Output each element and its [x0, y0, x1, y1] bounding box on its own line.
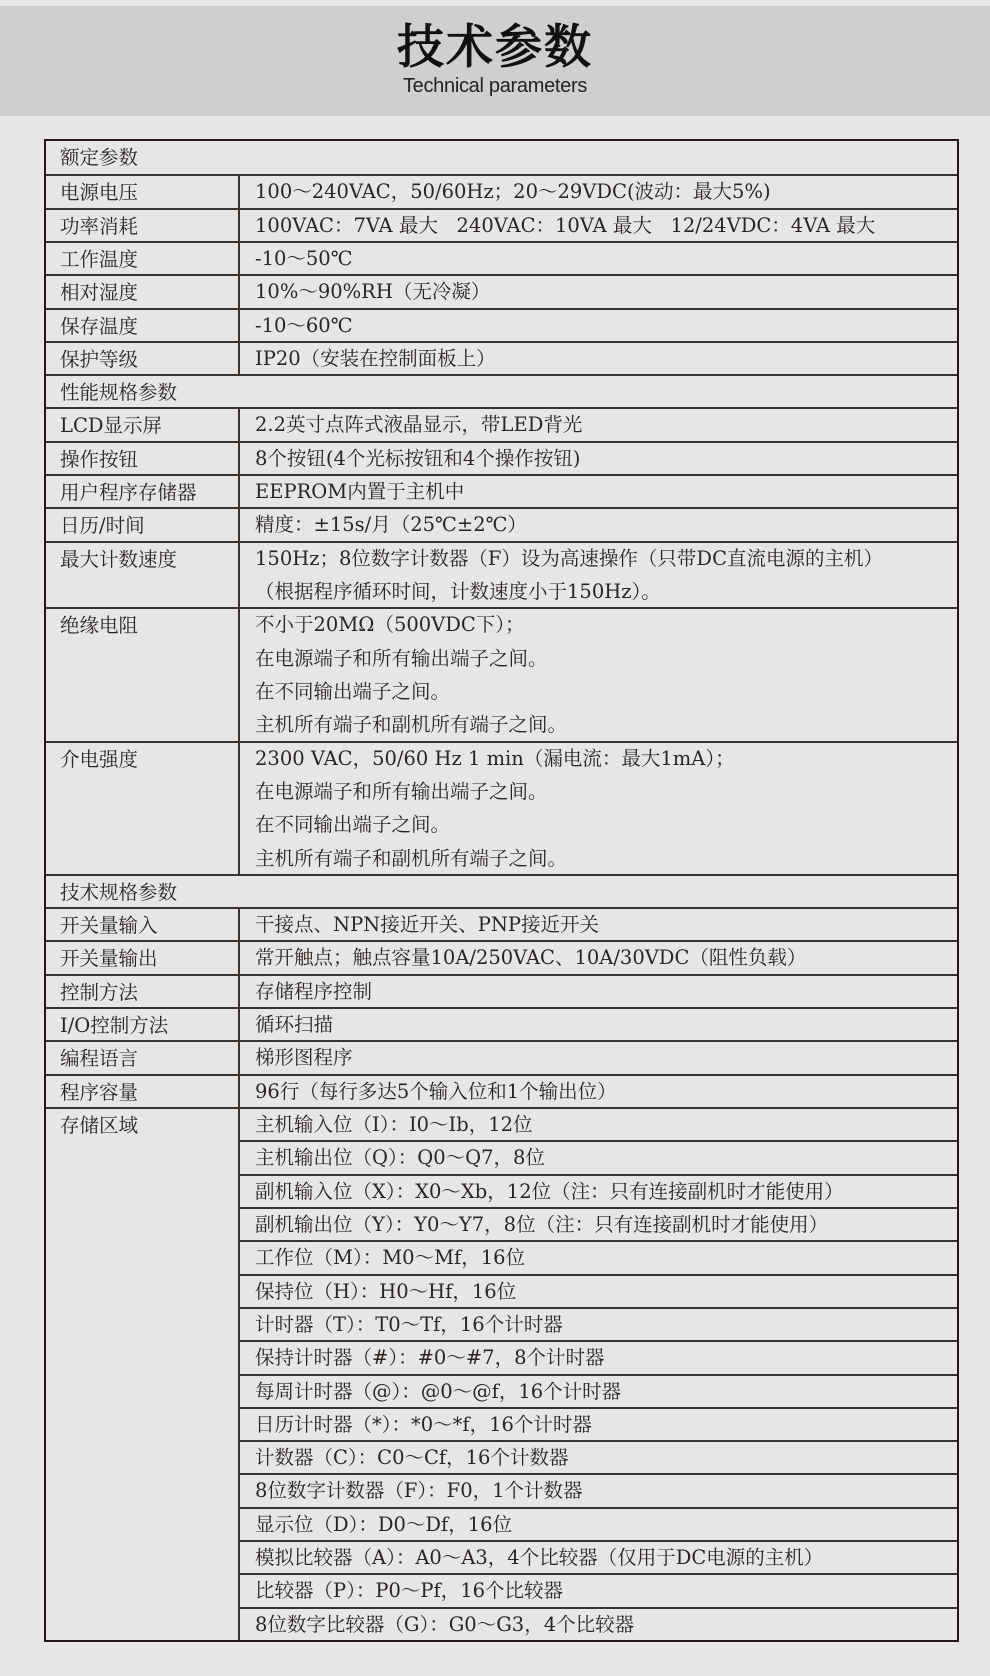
column-divider — [238, 1074, 240, 1107]
row-value: 96行（每行多达5个输入位和1个输出位） — [255, 1075, 617, 1108]
column-divider — [238, 907, 240, 940]
section-title: 额定参数 — [60, 141, 138, 174]
row-label: I/O控制方法 — [60, 1009, 168, 1042]
row-value: 常开触点；触点容量10A/250VAC、10A/30VDC（阻性负载） — [255, 941, 806, 974]
row-value: 每周计时器（@）：@0～@f，16个计时器 — [255, 1375, 621, 1408]
table-row: 介电强度2300 VAC，50/60 Hz 1 min（漏电流：最大1mA）；在… — [46, 741, 957, 874]
value-divider — [240, 1174, 957, 1176]
row-value: 副机输入位（X）：X0～Xb，12位（注：只有连接副机时才能使用） — [255, 1175, 844, 1208]
row-label: 用户程序存储器 — [60, 476, 197, 509]
section-title: 性能规格参数 — [60, 376, 177, 409]
row-label: 相对湿度 — [60, 276, 138, 309]
column-divider — [238, 174, 240, 207]
row-label: 操作按钮 — [60, 443, 138, 476]
column-divider — [238, 541, 240, 608]
value-divider — [240, 1407, 957, 1409]
row-value: 主机所有端子和副机所有端子之间。 — [255, 708, 567, 741]
table-row: 开关量输入干接点、NPN接近开关、PNP接近开关 — [46, 907, 957, 940]
value-divider — [240, 1573, 957, 1575]
row-value: 主机输入位（I）：I0～Ib，12位 — [255, 1108, 533, 1141]
row-value: 保持计时器（#）：#0～#7，8个计时器 — [255, 1341, 605, 1374]
row-value: 循环扫描 — [255, 1008, 333, 1041]
section-header: 性能规格参数 — [46, 374, 957, 407]
value-divider — [240, 1473, 957, 1475]
row-value: 10%～90%RH（无冷凝） — [255, 275, 490, 308]
table-row: LCD显示屏2.2英寸点阵式液晶显示，带LED背光 — [46, 407, 957, 440]
row-value: 8位数字比较器（G）：G0～G3，4个比较器 — [255, 1608, 634, 1641]
row-label: 日历/时间 — [60, 509, 145, 542]
table-row: 编程语言梯形图程序 — [46, 1040, 957, 1073]
table-row: 最大计数速度150Hz；8位数字计数器（F）设为高速操作（只带DC直流电源的主机… — [46, 541, 957, 608]
column-divider — [238, 308, 240, 341]
row-value: 模拟比较器（A）：A0～A3，4个比较器（仅用于DC电源的主机） — [255, 1541, 823, 1574]
column-divider — [238, 1107, 240, 1640]
section-header: 技术规格参数 — [46, 874, 957, 907]
row-label: 工作温度 — [60, 243, 138, 276]
row-value: 干接点、NPN接近开关、PNP接近开关 — [255, 908, 599, 941]
row-value: 在不同输出端子之间。 — [255, 675, 450, 708]
row-value: 在不同输出端子之间。 — [255, 808, 450, 841]
column-divider — [238, 1040, 240, 1073]
table-row: 保存温度-10～60℃ — [46, 308, 957, 341]
row-value: 不小于20MΩ（500VDC下）； — [255, 608, 525, 641]
row-value: 比较器（P）：P0～Pf，16个比较器 — [255, 1574, 563, 1607]
row-value: 存储程序控制 — [255, 975, 372, 1008]
column-divider — [238, 607, 240, 740]
table-row: 控制方法存储程序控制 — [46, 974, 957, 1007]
column-divider — [238, 407, 240, 440]
row-label: 保存温度 — [60, 310, 138, 343]
table-row: 功率消耗100VAC：7VA 最大 240VAC：10VA 最大 12/24VD… — [46, 208, 957, 241]
row-label: 控制方法 — [60, 976, 138, 1009]
value-divider — [240, 1274, 957, 1276]
row-value: 副机输出位（Y）：Y0～Y7，8位（注：只有连接副机时才能使用） — [255, 1208, 828, 1241]
row-value: 在电源端子和所有输出端子之间。 — [255, 642, 548, 675]
row-value: 150Hz；8位数字计数器（F）设为高速操作（只带DC直流电源的主机） — [255, 542, 883, 575]
table-row: 日历/时间精度：±15s/月（25℃±2℃） — [46, 507, 957, 540]
value-divider — [240, 1607, 957, 1609]
row-value: 2.2英寸点阵式液晶显示，带LED背光 — [255, 408, 582, 441]
row-value: 显示位（D）：D0～Df，16位 — [255, 1508, 512, 1541]
column-divider — [238, 441, 240, 474]
column-divider — [238, 940, 240, 973]
row-value: 梯形图程序 — [255, 1041, 353, 1074]
row-value: 保持位（H）：H0～Hf，16位 — [255, 1275, 516, 1308]
row-value: -10～50℃ — [255, 242, 353, 275]
row-label: 程序容量 — [60, 1076, 138, 1109]
row-label: 编程语言 — [60, 1042, 138, 1075]
row-value: 精度：±15s/月（25℃±2℃） — [255, 508, 527, 541]
table-row: 保护等级IP20（安装在控制面板上） — [46, 341, 957, 374]
row-label: 介电强度 — [60, 743, 138, 776]
row-value: 计时器（T）：T0～Tf，16个计时器 — [255, 1308, 563, 1341]
value-divider — [240, 1340, 957, 1342]
row-label: 功率消耗 — [60, 210, 138, 243]
column-divider — [238, 974, 240, 1007]
table-row: 程序容量96行（每行多达5个输入位和1个输出位） — [46, 1074, 957, 1107]
table-row: 电源电压100～240VAC，50/60Hz；20～29VDC(波动：最大5%) — [46, 174, 957, 207]
table-row: 操作按钮8个按钮(4个光标按钮和4个操作按钮) — [46, 441, 957, 474]
value-divider — [240, 1507, 957, 1509]
row-value: 主机输出位（Q）：Q0～Q7，8位 — [255, 1141, 545, 1174]
row-label: 存储区域 — [60, 1109, 138, 1142]
table-row: 相对湿度10%～90%RH（无冷凝） — [46, 274, 957, 307]
column-divider — [238, 741, 240, 874]
column-divider — [238, 507, 240, 540]
table-row: 开关量输出常开触点；触点容量10A/250VAC、10A/30VDC（阻性负载） — [46, 940, 957, 973]
row-label: LCD显示屏 — [60, 409, 162, 442]
row-value: 100VAC：7VA 最大 240VAC：10VA 最大 12/24VDC：4V… — [255, 209, 875, 242]
row-label: 电源电压 — [60, 176, 138, 209]
table-row: 工作温度-10～50℃ — [46, 241, 957, 274]
table-row: 用户程序存储器EEPROM内置于主机中 — [46, 474, 957, 507]
row-value: 2300 VAC，50/60 Hz 1 min（漏电流：最大1mA）； — [255, 742, 735, 775]
row-value: （根据程序循环时间，计数速度小于150Hz）。 — [255, 575, 661, 608]
column-divider — [238, 474, 240, 507]
page-title: 技术参数 — [0, 20, 990, 76]
column-divider — [238, 208, 240, 241]
row-value: IP20（安装在控制面板上） — [255, 342, 496, 375]
row-label: 开关量输入 — [60, 909, 158, 942]
section-title: 技术规格参数 — [60, 876, 177, 909]
row-value: -10～60℃ — [255, 309, 353, 342]
row-label: 最大计数速度 — [60, 543, 177, 576]
value-divider — [240, 1440, 957, 1442]
row-value: 计数器（C）：C0～Cf，16个计数器 — [255, 1441, 568, 1474]
column-divider — [238, 341, 240, 374]
row-value: 日历计时器（*）：*0～*f，16个计时器 — [255, 1408, 592, 1441]
row-value: 8个按钮(4个光标按钮和4个操作按钮) — [255, 442, 580, 475]
row-value: 主机所有端子和副机所有端子之间。 — [255, 842, 567, 875]
row-value: 100～240VAC，50/60Hz；20～29VDC(波动：最大5%) — [255, 175, 771, 208]
table-row: 存储区域主机输入位（I）：I0～Ib，12位主机输出位（Q）：Q0～Q7，8位副… — [46, 1107, 957, 1640]
value-divider — [240, 1207, 957, 1209]
spec-table: 额定参数电源电压100～240VAC，50/60Hz；20～29VDC(波动：最… — [44, 139, 959, 1642]
value-divider — [240, 1307, 957, 1309]
value-divider — [240, 1240, 957, 1242]
row-label: 绝缘电阻 — [60, 609, 138, 642]
value-divider — [240, 1374, 957, 1376]
section-header: 额定参数 — [46, 141, 957, 174]
column-divider — [238, 274, 240, 307]
row-label: 开关量输出 — [60, 942, 158, 975]
row-value: EEPROM内置于主机中 — [255, 475, 464, 508]
row-value: 在电源端子和所有输出端子之间。 — [255, 775, 548, 808]
value-divider — [240, 1540, 957, 1542]
table-row: 绝缘电阻不小于20MΩ（500VDC下）；在电源端子和所有输出端子之间。在不同输… — [46, 607, 957, 740]
value-divider — [240, 1140, 957, 1142]
column-divider — [238, 241, 240, 274]
table-row: I/O控制方法循环扫描 — [46, 1007, 957, 1040]
page-subtitle: Technical parameters — [0, 74, 990, 98]
row-value: 工作位（M）：M0～Mf，16位 — [255, 1241, 525, 1274]
column-divider — [238, 1007, 240, 1040]
row-value: 8位数字计数器（F）：F0，1个计数器 — [255, 1474, 583, 1507]
row-label: 保护等级 — [60, 343, 138, 376]
